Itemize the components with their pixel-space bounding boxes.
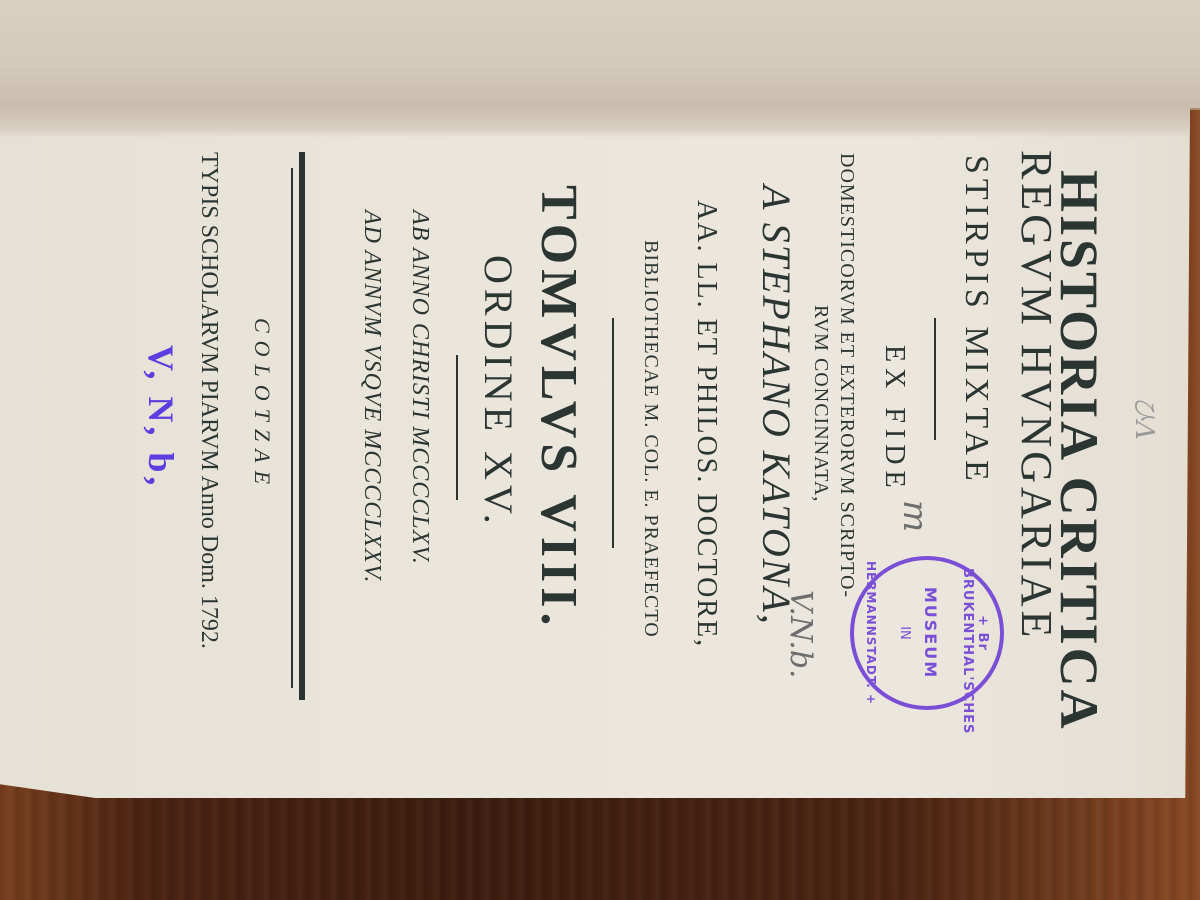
degrees-line: AA. LL. ET PHILOS. DOCTORE, xyxy=(690,200,722,648)
author-line: A STEPHANO KATONA, xyxy=(753,185,800,626)
title-line-regum-hungariae: REGVM HVNGARIAE xyxy=(1011,150,1062,641)
pencil-corner-note: ひɅ xyxy=(1128,395,1165,440)
volume-line: TOMVLVS VIII. xyxy=(529,185,588,631)
shelfmark-stamp: V, N, b, xyxy=(140,345,182,489)
order-line: ORDINE XV. xyxy=(475,255,522,529)
gutter-shadow xyxy=(0,108,1200,138)
stamp-in-text: IN xyxy=(897,560,912,706)
sources-line-2: RVM CONCINNATA, xyxy=(809,305,832,502)
city-line: COLOTZAE xyxy=(249,318,275,492)
stamp-top-text: + Br BRUKENTHAL'SCHES xyxy=(960,568,990,698)
ex-fide-line: EX FIDE xyxy=(878,345,910,494)
stamp-bottom-text: HERMANNSTADT. + xyxy=(864,560,878,706)
double-rule-thick xyxy=(299,152,305,700)
imprint-line: TYPIS SCHOLARVM PIARVM Anno Dom. 1792. xyxy=(195,152,222,649)
pencil-mark-m: m xyxy=(895,500,935,532)
sources-line-1: DOMESTICORVM ET EXTERORVM SCRIPTO- xyxy=(835,153,858,598)
divider-rule xyxy=(612,318,614,548)
stamp-center-text: MUSEUM xyxy=(921,560,940,706)
library-stamp: + Br BRUKENTHAL'SCHES MUSEUM IN HERMANNS… xyxy=(850,556,1004,710)
position-line: BIBLIOTHECAE M. COL. E. PRAEFECTO xyxy=(639,240,662,638)
pencil-shelfmark: V.N.b. xyxy=(783,590,818,679)
facing-page-edge xyxy=(0,0,1200,110)
year-range-to: AD ANNVM VSQVE MCCCCLXXV. xyxy=(358,210,385,583)
title-line-stirpis-mixtae: STIRPIS MIXTAE xyxy=(957,155,995,486)
year-range-from: AB ANNO CHRISTI MCCCCLXV. xyxy=(406,210,433,565)
divider-rule xyxy=(934,318,936,440)
divider-rule xyxy=(456,355,458,500)
double-rule-thin xyxy=(291,168,293,688)
